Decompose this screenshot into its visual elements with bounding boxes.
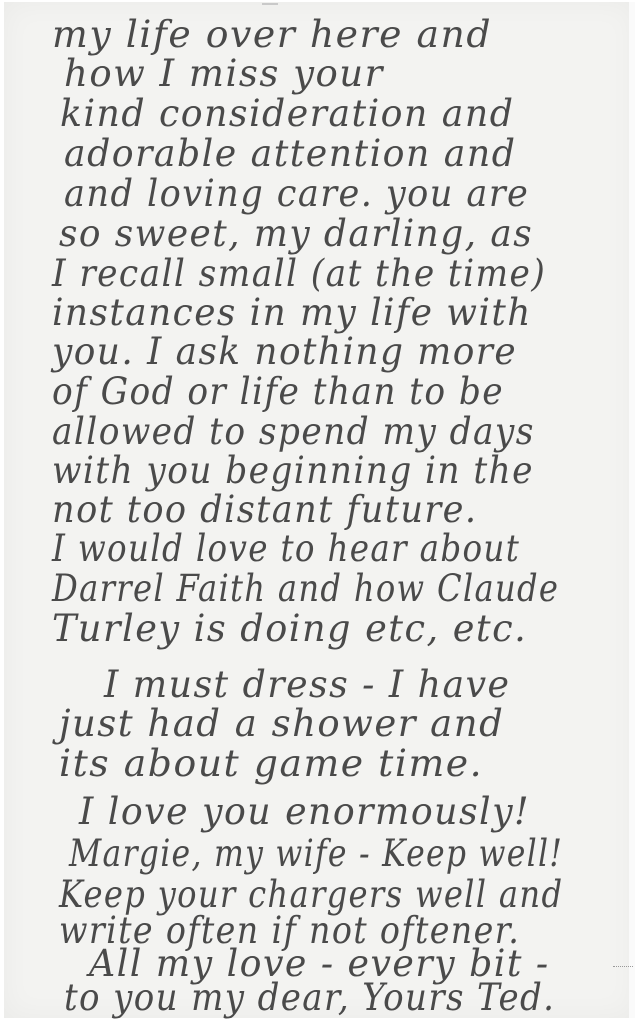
letter-line-14: I would love to hear about <box>52 530 520 567</box>
letter-line-10: of God or life than to be <box>52 373 504 410</box>
paper-stray-mark <box>613 966 633 968</box>
letter-line-8: instances in my life with <box>52 294 532 331</box>
letter-line-18: just had a shower and <box>59 705 504 742</box>
letter-line-21: Margie, my wife - Keep well! <box>69 835 563 872</box>
letter-line-13: not too distant future. <box>52 491 477 528</box>
letter-line-5: and loving care. you are <box>64 175 529 212</box>
letter-line-1: my life over here and <box>52 16 492 53</box>
letter-line-2: how I miss your <box>64 55 384 92</box>
letter-line-20: I love you enormously! <box>79 793 530 830</box>
letter-line-4: adorable attention and <box>64 135 516 172</box>
letter-page: my life over here and how I miss your ki… <box>4 2 635 1018</box>
letter-line-15: Darrel Faith and how Claude <box>52 570 559 607</box>
letter-line-22: Keep your chargers well and <box>59 876 563 913</box>
paper-edge <box>629 2 635 1018</box>
paper-fold-mark <box>262 3 278 5</box>
letter-line-12: with you beginning in the <box>52 452 534 489</box>
letter-line-19: its about game time. <box>59 745 483 782</box>
letter-line-6: so sweet, my darling, as <box>59 215 533 252</box>
letter-line-9: you. I ask nothing more <box>52 333 517 370</box>
letter-line-17: I must dress - I have <box>104 666 510 703</box>
letter-line-11: allowed to spend my days <box>52 413 535 450</box>
letter-line-7: I recall small (at the time) <box>52 255 546 292</box>
letter-line-25: to you my dear, Yours Ted. <box>64 979 555 1016</box>
letter-line-16: Turley is doing etc, etc. <box>52 610 527 647</box>
letter-line-3: kind consideration and <box>60 95 514 132</box>
